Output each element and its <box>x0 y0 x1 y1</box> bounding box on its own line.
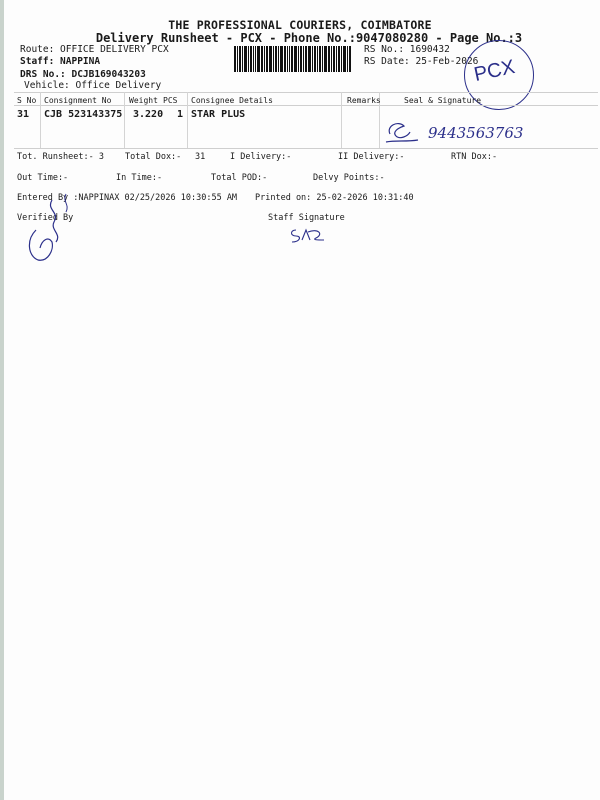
rs-number: RS No.: 1690432 <box>364 44 450 55</box>
printed-on: Printed on: 25-02-2026 10:31:40 <box>255 193 414 203</box>
rs-date: RS Date: 25-Feb-2026 <box>364 56 478 67</box>
route-label: Route: OFFICE DELIVERY PCX <box>20 44 169 55</box>
i-delivery: I Delivery:- <box>230 152 291 162</box>
staff-label: Staff: NAPPINA <box>20 56 100 67</box>
scan-edge <box>0 0 4 800</box>
col-divider <box>40 92 41 148</box>
header-seal-signature: Seal & Signature <box>404 96 481 105</box>
ii-delivery: II Delivery:- <box>338 152 405 162</box>
drs-number: DRS No.: DCJB169043203 <box>20 69 146 80</box>
cell-s-no: 31 <box>17 109 29 120</box>
header-s-no: S No <box>17 96 36 105</box>
col-divider <box>341 92 342 148</box>
col-divider <box>124 92 125 148</box>
header-remarks: Remarks <box>347 96 381 105</box>
cell-weight: 3.220 <box>133 109 163 120</box>
verifier-signature-icon <box>22 190 82 270</box>
col-divider <box>187 92 188 148</box>
header-pcs: PCS <box>163 96 177 105</box>
staff-signature-label: Staff Signature <box>268 213 345 223</box>
cell-pcs: 1 <box>177 109 183 120</box>
staff-signature-icon <box>288 226 328 244</box>
handwritten-phone: 9443563763 <box>428 124 523 142</box>
total-pod: Total POD:- <box>211 173 267 183</box>
table-header-border <box>14 105 598 106</box>
header-consignment-no: Consignment No <box>44 96 111 105</box>
table-bottom-border <box>14 148 598 149</box>
delvy-points: Delvy Points:- <box>313 173 385 183</box>
barcode <box>234 46 362 72</box>
tot-runsheet: Tot. Runsheet:- 3 <box>17 152 104 162</box>
total-dox-label: Total Dox:- <box>125 152 181 162</box>
vehicle-label: Vehicle: Office Delivery <box>24 80 161 91</box>
handwritten-signature-icon <box>384 118 424 148</box>
rtn-dox: RTN Dox:- <box>451 152 497 162</box>
header-weight: Weight <box>129 96 158 105</box>
in-time: In Time:- <box>116 173 162 183</box>
header-consignee-details: Consignee Details <box>191 96 273 105</box>
total-dox-value: 31 <box>195 152 205 162</box>
company-title: THE PROFESSIONAL COURIERS, COIMBATORE <box>0 18 600 32</box>
cell-consignment-no: CJB 523143375 <box>44 109 122 120</box>
cell-consignee: STAR PLUS <box>191 109 245 120</box>
table-top-border <box>14 92 598 93</box>
out-time: Out Time:- <box>17 173 68 183</box>
